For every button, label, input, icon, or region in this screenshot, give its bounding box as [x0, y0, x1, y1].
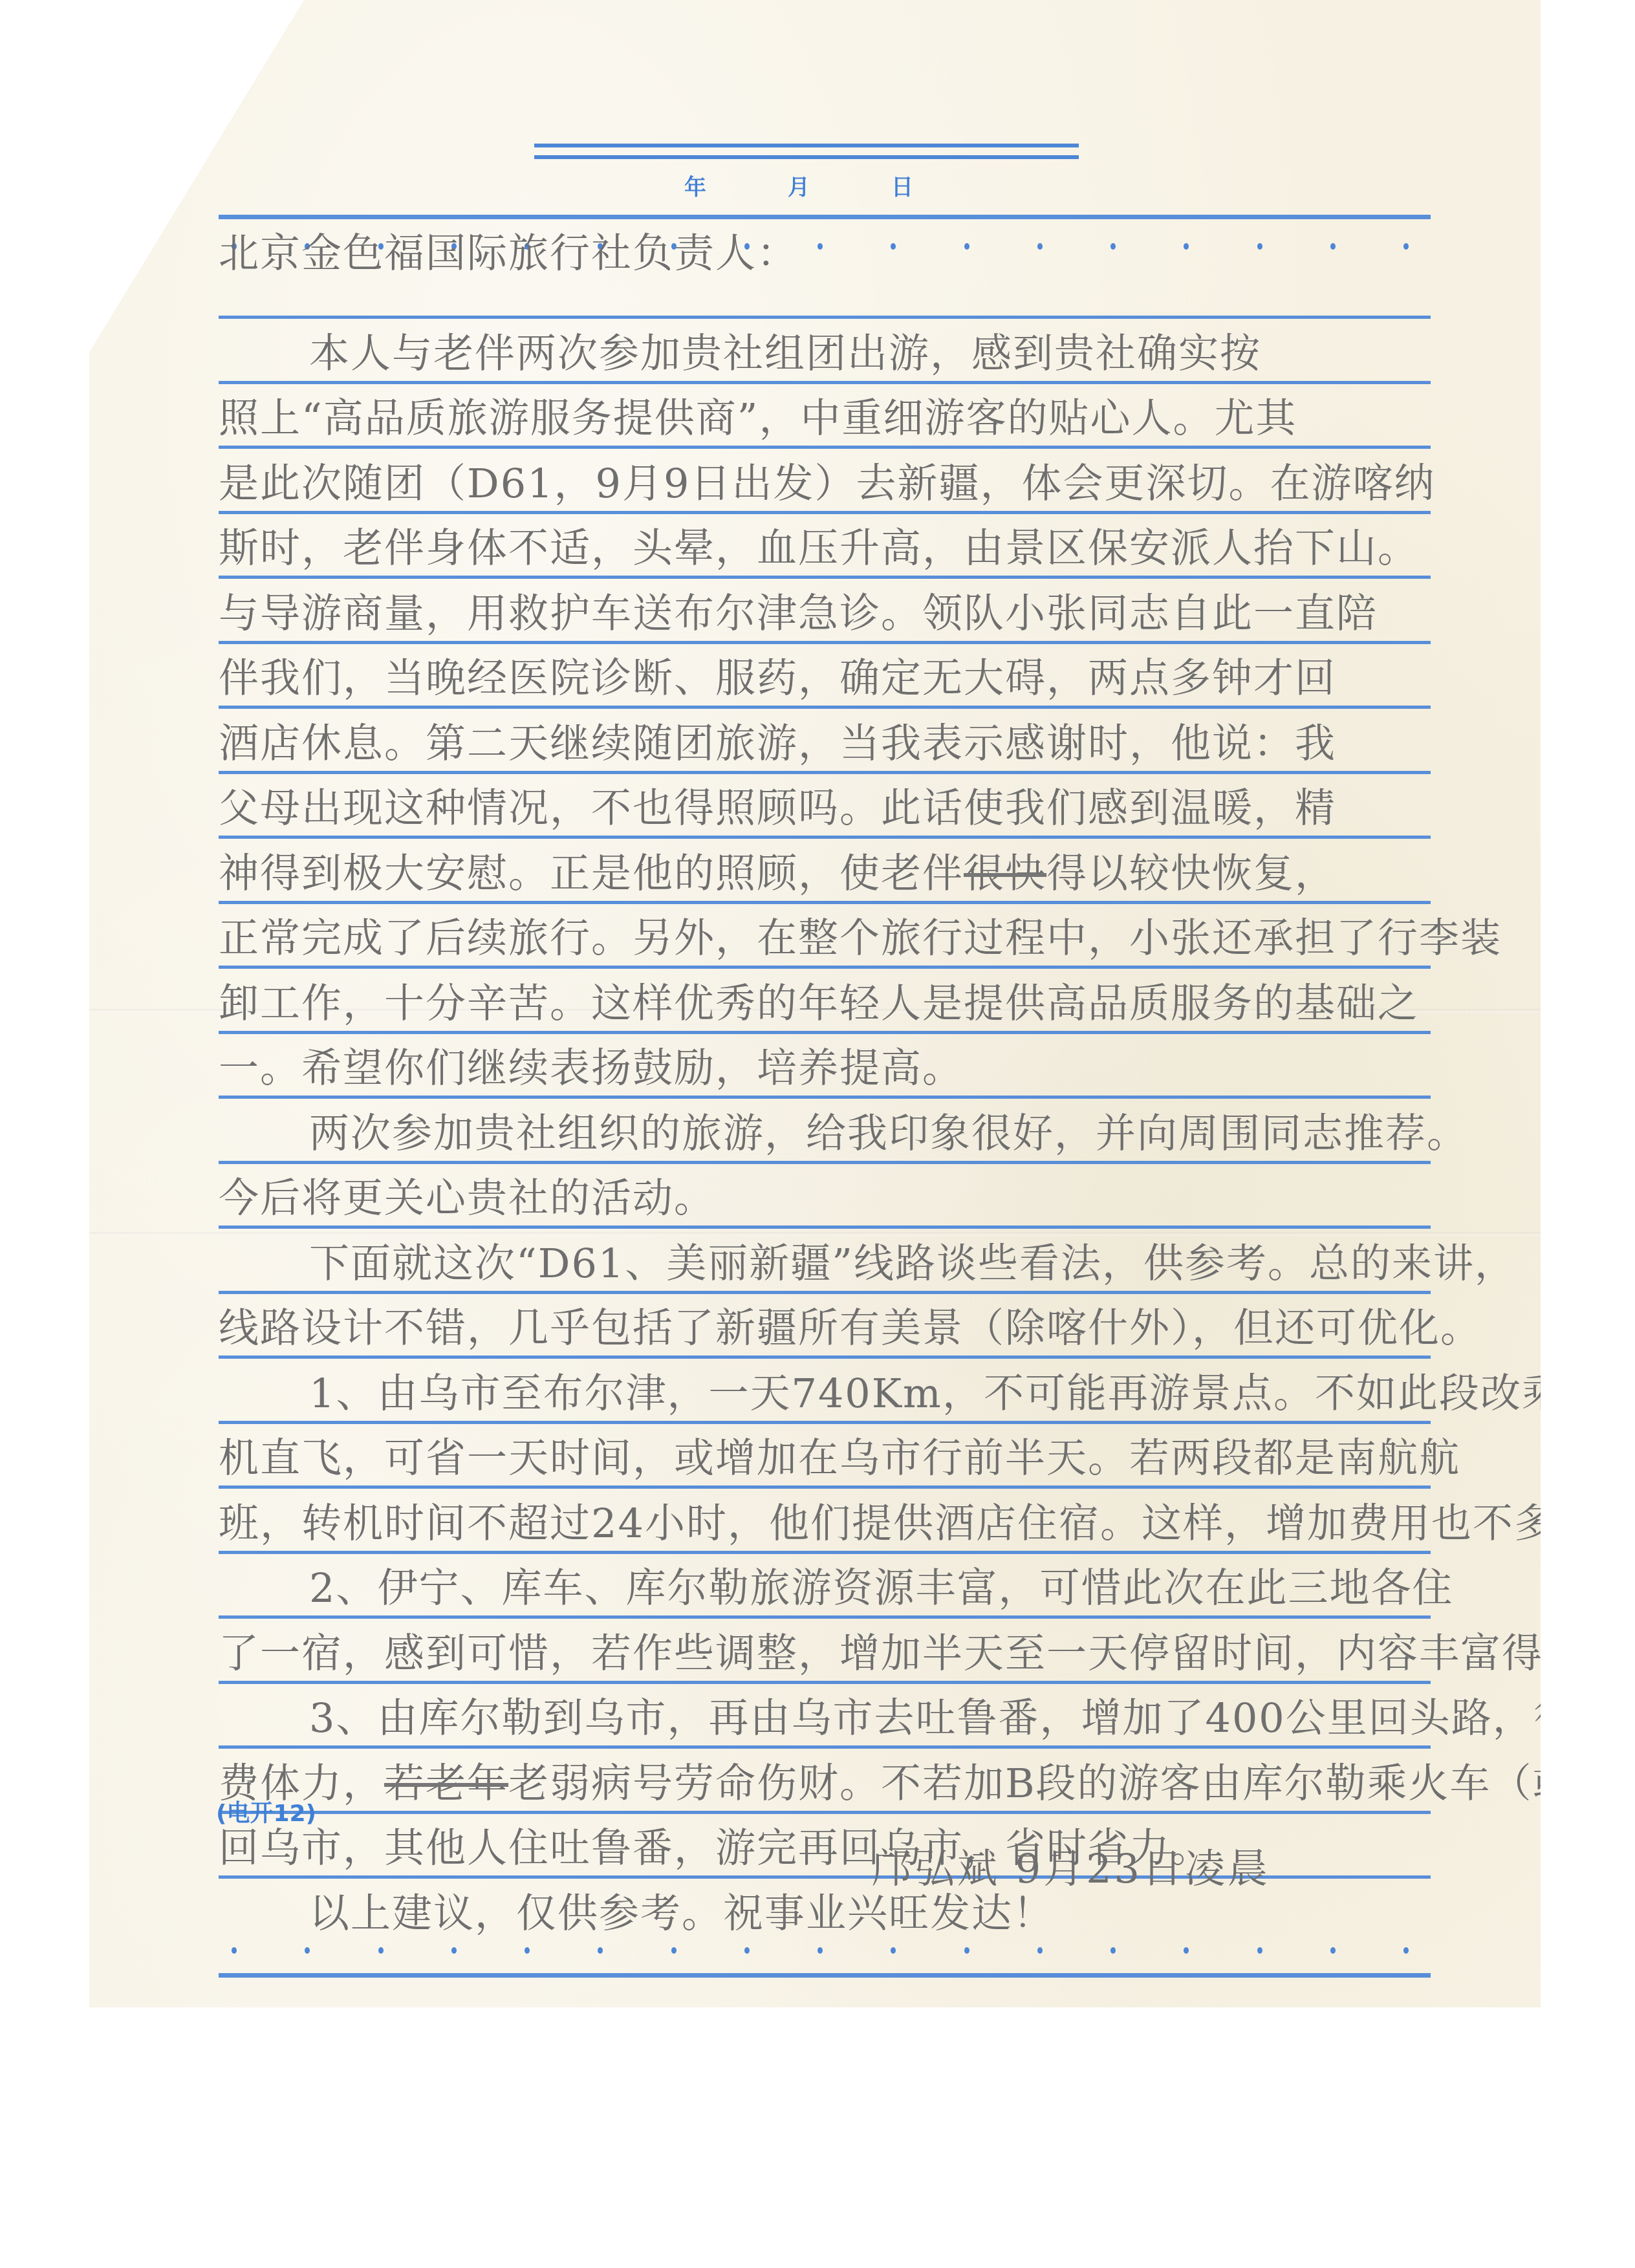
letter-line: 班，转机时间不超过24小时，他们提供酒店住宿。这样，增加费用也不多。: [219, 1491, 1431, 1556]
salutation: 北京金色福国际旅行社负责人：: [219, 221, 1431, 286]
signature: 邝弘斌 9月23日凌晨: [872, 1837, 1270, 1894]
letter-line: 两次参加贵社组织的旅游，给我印象很好，并向周围同志推荐。: [219, 1101, 1431, 1166]
letter-line: 父母出现这种情况，不也得照顾吗。此话使我们感到温暖，精: [219, 776, 1431, 841]
struck-text: 很快: [964, 850, 1046, 897]
ruled-line: [219, 1973, 1431, 1978]
letter-line: 下面就这次“D61、美丽新疆”线路谈些看法，供参考。总的来讲，: [219, 1231, 1431, 1296]
letter-line: 酒店休息。第二天继续随团旅游，当我表示感谢时，他说：我: [219, 711, 1431, 776]
date-label-year: 年: [684, 169, 706, 201]
letter-line: 斯时，老伴身体不适，头晕，血压升高，由景区保安派人抬下山。: [219, 516, 1431, 581]
letter-line: 本人与老伴两次参加贵社组团出游，感到贵社确实按: [219, 321, 1431, 386]
letter-line: 1、由乌市至布尔津，一天740Km，不可能再游景点。不如此段改乘飞: [219, 1361, 1431, 1426]
letter-line: 正常完成了后续旅行。另外，在整个旅行过程中，小张还承担了行李装: [219, 906, 1431, 971]
struck-text: 若老年: [384, 1760, 508, 1807]
date-label-day: 日: [891, 169, 913, 201]
letter-line: 照上“高品质旅游服务提供商”，中重细游客的贴心人。尤其: [219, 386, 1431, 451]
letter-line: 今后将更关心贵社的活动。: [219, 1166, 1431, 1231]
dot-guide: [232, 1947, 1409, 1954]
letter-line: 一。希望你们继续表扬鼓励，培养提高。: [219, 1036, 1431, 1101]
form-code: (电开12): [216, 1795, 316, 1828]
letterhead-rule: [534, 155, 1079, 159]
letter-line: 伴我们，当晚经医院诊断、服药，确定无大碍，两点多钟才回: [219, 646, 1431, 711]
letter-line: 线路设计不错，几乎包括了新疆所有美景（除喀什外），但还可优化。: [219, 1296, 1431, 1361]
letter-line: 与导游商量，用救护车送布尔津急诊。领队小张同志自此一直陪: [219, 581, 1431, 646]
letter-line: 神得到极大安慰。正是他的照顾，使老伴很快得以较快恢复，: [219, 841, 1431, 906]
letter-line: 是此次随团（D61，9月9日出发）去新疆，体会更深切。在游喀纳: [219, 451, 1431, 516]
ruled-line: [219, 215, 1431, 219]
letter-line: 卸工作，十分辛苦。这样优秀的年轻人是提供高品质服务的基础之: [219, 971, 1431, 1036]
ruled-line: [219, 316, 1431, 319]
letter-line: 2、伊宁、库车、库尔勒旅游资源丰富，可惜此次在此三地各住: [219, 1556, 1431, 1621]
letter-line: 机直飞，可省一天时间，或增加在乌市行前半天。若两段都是南航航: [219, 1426, 1431, 1491]
letter-line: 3、由库尔勒到乌市，再由乌市去吐鲁番，增加了400公里回头路，很: [219, 1686, 1431, 1751]
letter-paper: 年 月 日 北京金色福国际旅行社负责人： 本人与老伴两次参加贵社组团出游，感到贵…: [89, 0, 1541, 2007]
date-label-month: 月: [788, 169, 810, 201]
letterhead-rule: [534, 144, 1079, 147]
letter-line: 费体力，若老年老弱病号劳命伤财。不若加B段的游客由库尔勒乘火车（或飞机）: [219, 1751, 1431, 1816]
letter-line: 了一宿，感到可惜，若作些调整，增加半天至一天停留时间，内容丰富得多。: [219, 1621, 1431, 1686]
